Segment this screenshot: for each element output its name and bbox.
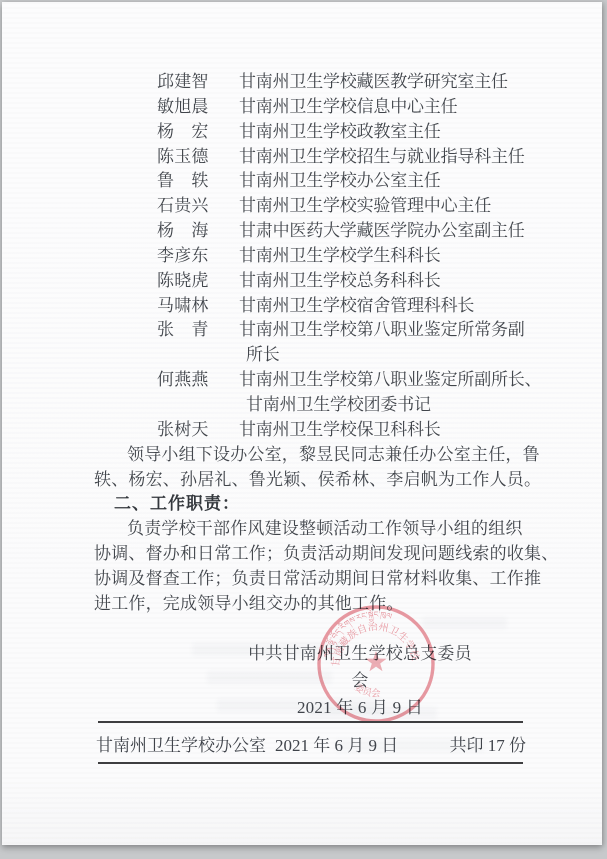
roster-list: 邱建智 甘南州卫生学校藏医教学研究室主任 敏旭晨 甘南州卫生学校信息中心主任 杨… — [157, 70, 538, 443]
member-title: 甘南州卫生学校学生科科长 — [239, 244, 538, 269]
member-title: 甘南州卫生学校总务科科长 — [239, 269, 538, 294]
roster-row: 陈玉德 甘南州卫生学校招生与就业指导科主任 — [157, 145, 538, 170]
member-name: 敏旭晨 — [157, 95, 239, 120]
roster-row: 李彦东 甘南州卫生学校学生科科长 — [157, 244, 538, 269]
seal-star-icon — [365, 651, 386, 671]
member-name: 何燕燕 — [157, 368, 239, 393]
office-note-paragraph: 领导小组下设办公室，黎昱民同志兼任办公室主任，鲁 轶、杨宏、孙居礼、鲁光颖、侯希… — [94, 443, 538, 493]
roster-row: 敏旭晨 甘南州卫生学校信息中心主任 — [157, 95, 538, 120]
section2-line: 协调、督办和日常工作；负责活动期间发现问题线索的收集、 — [94, 542, 538, 567]
roster-row: 石贵兴 甘南州卫生学校实验管理中心主任 — [157, 194, 538, 219]
member-title-line: 甘南州卫生学校第八职业鉴定所副所长、 — [239, 368, 541, 393]
member-name: 鲁 轶 — [157, 169, 239, 194]
member-title: 甘南州卫生学校保卫科科长 — [239, 418, 538, 443]
roster-row: 鲁 轶 甘南州卫生学校办公室主任 — [157, 169, 538, 194]
member-name: 李彦东 — [157, 244, 239, 269]
scanned-document: { "doc": { "roster": [ {"name": "邱建智", "… — [0, 0, 607, 859]
footer-copies-count: 共印 17 份 — [450, 731, 527, 756]
roster-row: 杨 宏 甘南州卫生学校政教室主任 — [157, 120, 538, 145]
member-title: 甘南州卫生学校办公室主任 — [239, 169, 538, 194]
member-name: 陈玉德 — [157, 145, 239, 170]
member-title: 甘南州卫生学校政教室主任 — [239, 120, 538, 145]
footer-rule-top — [98, 721, 523, 723]
roster-row: 杨 海 甘肃中医药大学藏医学院办公室副主任 — [157, 219, 538, 244]
roster-row: 陈晓虎 甘南州卫生学校总务科科长 — [157, 269, 538, 294]
official-seal-stamp: ཀན་ལྷོ་བོད་རིགས་རང་སྐྱོང་ཁུལ 甘南藏族自治州卫生学校… — [313, 601, 439, 727]
member-title-line: 甘南州卫生学校办公室主任 — [239, 169, 538, 194]
member-name: 杨 宏 — [157, 120, 239, 145]
member-name: 陈晓虎 — [157, 269, 239, 294]
member-title-line: 甘南州卫生学校宿舍管理科科长 — [239, 294, 538, 319]
member-title-line: 甘南州卫生学校总务科科长 — [239, 269, 538, 294]
member-title: 甘南州卫生学校招生与就业指导科主任 — [239, 145, 538, 170]
member-title-line: 甘肃中医药大学藏医学院办公室副主任 — [239, 219, 538, 244]
roster-row: 何燕燕 甘南州卫生学校第八职业鉴定所副所长、甘南州卫生学校团委书记 — [157, 368, 538, 418]
section2-heading: 二、工作职责： — [114, 492, 538, 517]
member-title-line: 甘南州卫生学校团委书记 — [246, 393, 541, 418]
member-title-line: 甘南州卫生学校第八职业鉴定所常务副 — [239, 318, 538, 343]
member-title: 甘南州卫生学校藏医教学研究室主任 — [239, 70, 538, 95]
member-name: 张 青 — [157, 318, 239, 343]
member-title-line: 所长 — [246, 343, 538, 368]
footer-rule-bottom — [98, 762, 523, 764]
member-title: 甘南州卫生学校实验管理中心主任 — [239, 194, 538, 219]
member-title-line: 甘南州卫生学校学生科科长 — [239, 244, 538, 269]
member-title: 甘南州卫生学校第八职业鉴定所常务副所长 — [239, 318, 538, 368]
member-name: 邱建智 — [157, 70, 239, 95]
section2-line: 协调及督查工作；负责日常活动期间日常材料收集、工作推 — [94, 567, 538, 592]
member-title: 甘南州卫生学校宿舍管理科科长 — [239, 294, 538, 319]
seal-bottom-arc: 委员会 — [352, 681, 381, 700]
roster-row: 张 青 甘南州卫生学校第八职业鉴定所常务副所长 — [157, 318, 538, 368]
member-name: 石贵兴 — [157, 194, 239, 219]
member-title: 甘肃中医药大学藏医学院办公室副主任 — [239, 219, 538, 244]
member-title-line: 甘南州卫生学校招生与就业指导科主任 — [239, 145, 538, 170]
member-title: 甘南州卫生学校第八职业鉴定所副所长、甘南州卫生学校团委书记 — [239, 368, 541, 418]
footer-date: 2021 年 6 月 9 日 — [275, 731, 398, 756]
member-name: 张树天 — [157, 418, 239, 443]
member-title-line: 甘南州卫生学校藏医教学研究室主任 — [239, 70, 538, 95]
footer-office: 甘南州卫生学校办公室 — [96, 731, 266, 756]
roster-row: 张树天 甘南州卫生学校保卫科科长 — [157, 418, 538, 443]
footer: 甘南州卫生学校办公室 2021 年 6 月 9 日 共印 17 份 — [96, 731, 526, 755]
office-note-line: 轶、杨宏、孙居礼、鲁光颖、侯希林、李启帆为工作人员。 — [94, 468, 538, 493]
member-title-line: 甘南州卫生学校政教室主任 — [239, 120, 538, 145]
member-name: 杨 海 — [157, 219, 239, 244]
member-name: 马啸林 — [157, 294, 239, 319]
office-note-line: 领导小组下设办公室，黎昱民同志兼任办公室主任，鲁 — [94, 443, 538, 468]
section2-line: 负责学校干部作风建设整顿活动工作领导小组的组织 — [94, 517, 538, 542]
member-title-line: 甘南州卫生学校保卫科科长 — [239, 418, 538, 443]
roster-row: 邱建智 甘南州卫生学校藏医教学研究室主任 — [157, 70, 538, 95]
member-title: 甘南州卫生学校信息中心主任 — [239, 95, 538, 120]
member-title-line: 甘南州卫生学校实验管理中心主任 — [239, 194, 538, 219]
document-page: 邱建智 甘南州卫生学校藏医教学研究室主任 敏旭晨 甘南州卫生学校信息中心主任 杨… — [2, 2, 602, 845]
roster-row: 马啸林 甘南州卫生学校宿舍管理科科长 — [157, 294, 538, 319]
member-title-line: 甘南州卫生学校信息中心主任 — [239, 95, 538, 120]
